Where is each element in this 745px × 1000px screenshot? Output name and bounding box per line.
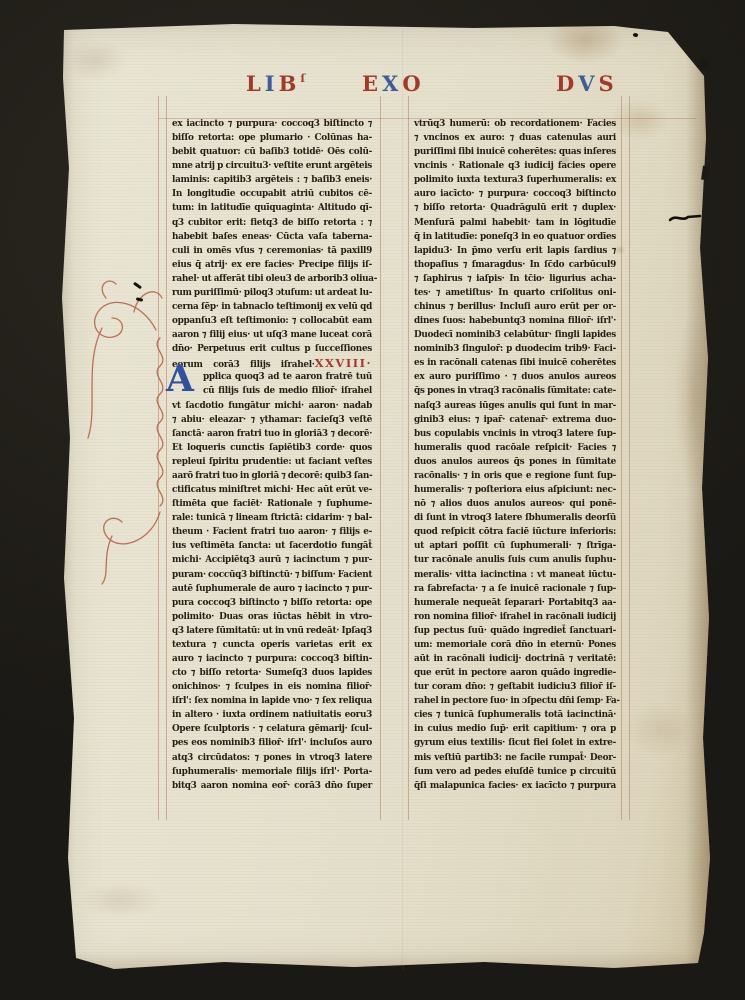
text-line: biſſo retorta: ope plumario · Colūnas ha… — [172, 131, 372, 145]
text-line: theum · Facient fratri tuo aaron· ⁊ fili… — [172, 525, 372, 539]
text-line: auro iacīcto· ⁊ purpura· coccoq3 biſtinc… — [414, 187, 616, 201]
text-line: pura coccoq3 biſtincto ⁊ biſſo retorta: … — [172, 596, 372, 610]
ruling-line — [621, 96, 622, 820]
text-line: michi· Accipiētq3 aurū ⁊ iacinctum ⁊ pur… — [172, 553, 372, 567]
text-line: ⁊ biſſo retorta· Quadrāgulū erit ⁊ duple… — [414, 201, 616, 215]
text-line: habebit baſes eneas· Cūcta vaſa taberna- — [172, 230, 372, 244]
text-line: racōnalis· ⁊ in oris que e regione ſunt … — [414, 469, 616, 483]
header-letter: V — [578, 71, 598, 96]
text-line: chinus ⁊ berillus· Incluſi auro erūt per… — [414, 300, 616, 314]
text-line: q̄ in latitudīe: poneſq3 in eo quatuor o… — [414, 230, 616, 244]
text-line: cies ⁊ tunicā ſuphumeralis totā iacincti… — [414, 708, 616, 722]
text-line: in altero · iuxta ordinem natiuitatis eo… — [172, 708, 372, 722]
text-line: aarō fratri tuo in gloriā ⁊ decorē: quib… — [172, 469, 372, 483]
text-line: ginib3 eius: ⁊ ipar̄· catenar̄· extrema … — [414, 413, 616, 427]
text-line: ⁊ abiu· eleazar· ⁊ ythamar: facieſq3 veſ… — [172, 413, 372, 427]
text-line: um: memoriale corā dn̄o in eternū· Pones — [414, 638, 616, 652]
text-line: q̄s pones in vtraq3 racōnalis ſūmitate: … — [414, 384, 616, 398]
text-line: q3 latere ſūmitatū: ut in vnū redeāt· Ip… — [172, 624, 372, 638]
header-abbreviation-mark: ſ — [300, 72, 305, 85]
text-line: aaron ⁊ filij eius· ut uſq3 mane luceat … — [172, 328, 372, 342]
text-line: q̄ſi malapunica facies· ex iacīcto ⁊ pur… — [414, 779, 616, 793]
text-line: bebit quatuor: cū baſib3 totidē· Oēs col… — [172, 145, 372, 159]
text-line: eorum corā3 filijs iſrahel·XXVIII· — [172, 356, 372, 370]
text-line: quod reſpicit cōtra faciē iūcture inferi… — [414, 525, 616, 539]
ruling-line — [629, 96, 630, 820]
text-line: repleui ſpiritu prudentie: ut faciant ve… — [172, 455, 372, 469]
text-line: duos anulos aureos q̄s pones in ſūmitate — [414, 455, 616, 469]
text-line: aūt in racōnali iudicij· doctrinā ⁊ veri… — [414, 652, 616, 666]
header-letter: O — [402, 71, 424, 96]
text-line: es in racōnali catenas ſibi inuicē coher… — [414, 356, 616, 370]
text-line: tum: in latitudīe quīquaginta· Altitudo … — [172, 201, 372, 215]
text-line: ra fabrefacta· ⁊ a ſe inuicē racionale ⁊… — [414, 582, 616, 596]
text-line: naſq3 aureas iūges anulis qui ſunt in ma… — [414, 399, 616, 413]
text-line: vt ſacdotio fungātur michi· aaron· nadab — [172, 399, 372, 413]
text-line: ſum vero ad pedes eiuſdē tunice p circui… — [414, 765, 616, 779]
text-line: Menſurā palmi habebit· tam in lōgitudīe — [414, 216, 616, 230]
paper-crease — [402, 26, 404, 970]
text-line: ex iacincto ⁊ purpura· coccoq3 biſtincto… — [172, 117, 372, 131]
text-line: nominib3 ſingulor̄: p duodecim trib9· Fa… — [414, 342, 616, 356]
text-column-left: ex iacincto ⁊ purpura· coccoq3 biſtincto… — [172, 117, 372, 793]
text-line: bus copulabis vncinis in vtroq3 latere ſ… — [414, 427, 616, 441]
text-line: cū filijs ſuis de medio filior̄· iſrahel — [172, 384, 372, 398]
text-line: Duodecī nominib3 celabūtur· ſingli lapid… — [414, 328, 616, 342]
text-line: ⁊ ſaphirus ⁊ iaſpis· In tc̄io· ligurius … — [414, 272, 616, 286]
running-header-exo: EXO — [362, 71, 425, 96]
text-line: ex auro puriſſimo · ⁊ duos anulos aureos — [414, 370, 616, 384]
text-line: cto ⁊ biſſo retorta· Sumeſq3 duos lapide… — [172, 666, 372, 680]
text-line: oppanſu3 eſt teſtimonio: ⁊ collocabūt ea… — [172, 314, 372, 328]
text-line: nō ⁊ alios duos anulos aureos· qui ponē- — [414, 497, 616, 511]
text-line: in cuius medio ſup̄· erit capitium· ⁊ or… — [414, 722, 616, 736]
text-line: eius q̄ atrij· ex ere facies· Precipe fi… — [172, 258, 372, 272]
text-line: dn̄o· Perpetuus erit cultus p ſucceſſion… — [172, 342, 372, 356]
text-line: pes eos nominib3 filior̄· iſrl'· incluſo… — [172, 736, 372, 750]
text-line: pplica quoq3 ad te aaron fratrē tuū — [172, 370, 372, 384]
ink-mark — [632, 32, 638, 37]
running-header-dvs: DVS — [556, 71, 618, 96]
ruling-line — [380, 96, 381, 820]
text-line: ⁊ vncinos ex auro: ⁊ duas catenulas auri — [414, 131, 616, 145]
text-line: rahel· ut afferāt tibi oleu3 de arborib3… — [172, 272, 372, 286]
text-line: ſup pectus ſuū· quādo ingrediet̄ ſanctua… — [414, 624, 616, 638]
text-line: rum puriſſimū· piloq3 ɔtuſum: ut ardeat … — [172, 286, 372, 300]
text-line: di ſunt in vtroq3 latere ſbhumeralis deo… — [414, 511, 616, 525]
text-line: cerna ſēp· in tabnaclo teſtimonij ex vel… — [172, 300, 372, 314]
text-line: meralis· vitta iacinctina : vt maneat iū… — [414, 568, 616, 582]
text-line: ius veſtimēta ſancta: ut ſacerdotio fung… — [172, 539, 372, 553]
text-line: mne atrij p circuitu3· veſtite erunt arg… — [172, 159, 372, 173]
paper-edge-nick — [698, 57, 710, 70]
text-line: In longitudīe occupabit atriū cubitos cē… — [172, 187, 372, 201]
text-line: laminis: capitib3 argēteis : ⁊ baſib3 en… — [172, 173, 372, 187]
ink-mark — [668, 212, 702, 224]
text-line: autē ſuphumerale de auro ⁊ iacincto ⁊ pu… — [172, 582, 372, 596]
text-column-right: vtrūq3 humerū: ob recordationem· Facies⁊… — [414, 117, 616, 793]
text-line: gyrum eius textilis· ſicut fiei ſolet in… — [414, 736, 616, 750]
text-line: iſrl': ſex nomina in lapide vno· ⁊ ſex r… — [172, 694, 372, 708]
text-line: tes· ⁊ ametiſtus· In quarto criſolitus o… — [414, 286, 616, 300]
text-line: bitq3 aaron nomina eor̄· corā3 dn̄o ſupe… — [172, 779, 372, 793]
text-line: Et loqueris cunctis ſapiētib3 corde· quo… — [172, 441, 372, 455]
penwork-flourish — [82, 268, 174, 588]
text-line: vncinis · Rationale q3 iudicij facies op… — [414, 159, 616, 173]
text-line: puram· coccūq3 biſtinctū· ⁊ biſſum· Faci… — [172, 568, 372, 582]
text-line: tur coram dn̄o: ⁊ geſtabit iudiciu3 fili… — [414, 680, 616, 694]
text-line: rahel in pectore ſuo· in ɔſpectu dn̄i ſe… — [414, 694, 616, 708]
header-letter: B — [279, 71, 301, 96]
text-line: vtrūq3 humerū: ob recordationem· Facies — [414, 117, 616, 131]
text-line: Opere ſculptoris · ⁊ celatura gēmarij· ſ… — [172, 722, 372, 736]
paper-edge-nick — [701, 166, 710, 181]
backdrop: LIBſ EXO DVS ex iacincto ⁊ purpura· cocc… — [0, 0, 745, 1000]
text-line: humeralis· ⁊ poſteriora eius aſpiciunt: … — [414, 483, 616, 497]
text-line: ut aptari poſſit cū ſuphumerali· ⁊ ſtrīg… — [414, 539, 616, 553]
header-letter: X — [382, 71, 402, 96]
text-line: que erūt in pectore aaron quādo ingredie… — [414, 666, 616, 680]
text-line: lapidu3· In p̄mo verſu erit lapis ſardiu… — [414, 244, 616, 258]
text-line: humerale nequeāt ſeparari· Portabitq3 aa… — [414, 596, 616, 610]
text-line: ſanctā· aaron fratri tuo in gloriā3 ⁊ de… — [172, 427, 372, 441]
text-line: tur racōnale anulis ſuis cum anulis ſuph… — [414, 553, 616, 567]
text-line: q3 cubitor erit: fietq3 de biſſo retorta… — [172, 216, 372, 230]
text-line: polimito iuxta textura3 ſuperhumeralis: … — [414, 173, 616, 187]
page-content-layer: LIBſ EXO DVS ex iacincto ⁊ purpura· cocc… — [0, 0, 745, 1000]
text-line: ron nomina filior̄· iſrahel in racōnali … — [414, 610, 616, 624]
text-line: onichinos· ⁊ ſculpes in eis nomina filio… — [172, 680, 372, 694]
header-letter: D — [556, 71, 578, 96]
text-line: humeralis quod racōale reſpicit· Facies … — [414, 441, 616, 455]
text-line: puriſſimi ſibi inuicē coherētes: quas in… — [414, 145, 616, 159]
text-line: atq3 circūdatos: ⁊ pones in vtroq3 later… — [172, 751, 372, 765]
header-letter: E — [362, 71, 382, 96]
header-letter: S — [599, 71, 618, 96]
ruling-line — [408, 96, 409, 820]
text-line: ſuphumeralis· memoriale filijs iſrl'· Po… — [172, 765, 372, 779]
text-line: dines ſuos: habebuntq3 nomina filior̄· i… — [414, 314, 616, 328]
text-line: textura ⁊ cuncta operis varietas erit ex — [172, 638, 372, 652]
text-line: ſtimēta que faciēt· Rationale ⁊ ſuphume- — [172, 497, 372, 511]
text-line: auro ⁊ iacincto ⁊ purpura: coccoq3 biſti… — [172, 652, 372, 666]
header-letter: L — [246, 71, 265, 96]
header-letter: I — [265, 71, 279, 96]
text-line: polimito· Duas oras iūctas hēbit in vtro… — [172, 610, 372, 624]
text-line: culi in omēs vſus ⁊ ceremonias· tā paxil… — [172, 244, 372, 258]
text-line: ctificatus miniſtret michi· Hec aūt erūt… — [172, 483, 372, 497]
text-line: rale: tunicā ⁊ lineam ſtrictā: cidarim· … — [172, 511, 372, 525]
text-line: thopaſius ⁊ ſmaragdus· In ſc̄do carbūcul… — [414, 258, 616, 272]
running-header-lib: LIBſ — [246, 71, 305, 96]
chapter-numeral: XXVIII· — [315, 356, 372, 370]
text-line: mis veſtiū partib3: ne facile rumpat̄· D… — [414, 751, 616, 765]
